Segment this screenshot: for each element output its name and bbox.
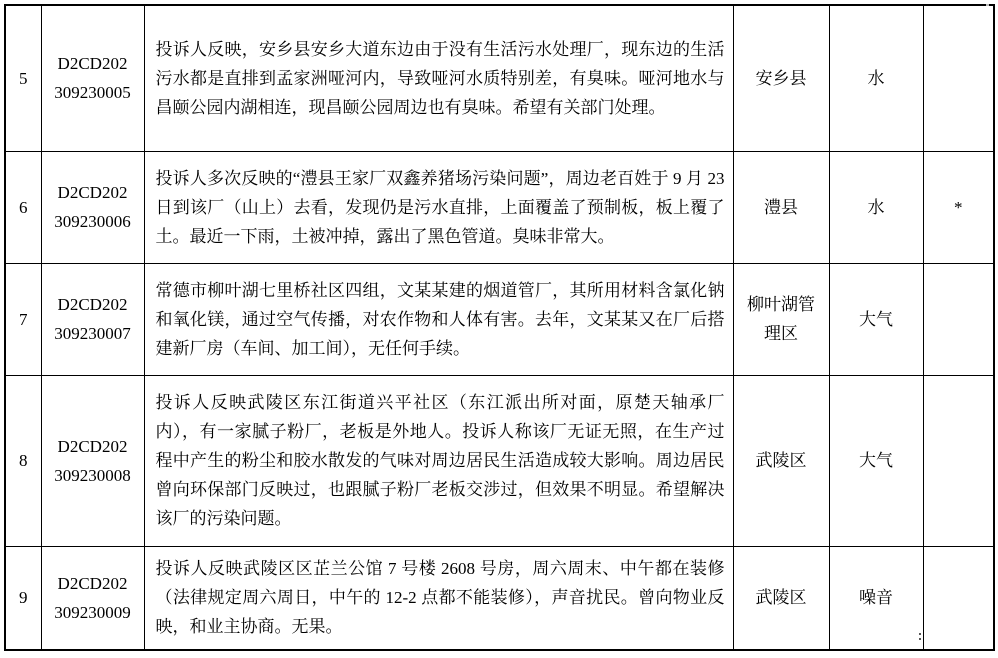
case-id-line-1: D2CD202	[46, 432, 140, 461]
category-cell: 大气	[829, 263, 923, 375]
case-id-cell: D2CD202 309230005	[41, 5, 144, 151]
case-id-line-2: 309230007	[46, 319, 140, 348]
row-number-cell: 8	[5, 375, 41, 546]
flag-cell	[923, 263, 994, 375]
case-id-line-2: 309230009	[46, 598, 140, 627]
complaint-content-cell: 投诉人多次反映的“澧县王家厂双鑫养猪场污染问题”，周边老百姓于 9 月 23 日…	[144, 151, 733, 263]
case-id-cell: D2CD202 309230007	[41, 263, 144, 375]
complaint-table: 5 D2CD202 309230005 投诉人反映，安乡县安乡大道东边由于没有生…	[4, 4, 995, 651]
scan-artifact-dots	[919, 633, 921, 635]
category-cell: 水	[829, 151, 923, 263]
scan-artifact-speck	[986, 4, 989, 6]
table-row: 5 D2CD202 309230005 投诉人反映，安乡县安乡大道东边由于没有生…	[5, 5, 994, 151]
category-cell: 噪音	[829, 546, 923, 650]
document-page: 5 D2CD202 309230005 投诉人反映，安乡县安乡大道东边由于没有生…	[0, 0, 998, 658]
case-id-line-1: D2CD202	[46, 569, 140, 598]
table-row: 9 D2CD202 309230009 投诉人反映武陵区区芷兰公馆 7 号楼 2…	[5, 546, 994, 650]
case-id-line-2: 309230005	[46, 78, 140, 107]
complaint-content-cell: 投诉人反映武陵区区芷兰公馆 7 号楼 2608 号房，周六周末、中午都在装修（法…	[144, 546, 733, 650]
flag-cell	[923, 375, 994, 546]
flag-cell	[923, 546, 994, 650]
row-number-cell: 6	[5, 151, 41, 263]
case-id-cell: D2CD202 309230006	[41, 151, 144, 263]
district-cell: 柳叶湖管理区	[733, 263, 829, 375]
case-id-cell: D2CD202 309230008	[41, 375, 144, 546]
case-id-line-1: D2CD202	[46, 49, 140, 78]
row-number-cell: 5	[5, 5, 41, 151]
category-cell: 水	[829, 5, 923, 151]
complaint-content-cell: 常德市柳叶湖七里桥社区四组，文某某建的烟道管厂，其所用材料含氯化钠和氧化镁，通过…	[144, 263, 733, 375]
case-id-line-1: D2CD202	[46, 290, 140, 319]
table-row: 7 D2CD202 309230007 常德市柳叶湖七里桥社区四组，文某某建的烟…	[5, 263, 994, 375]
district-cell: 武陵区	[733, 375, 829, 546]
category-cell: 大气	[829, 375, 923, 546]
case-id-line-1: D2CD202	[46, 178, 140, 207]
complaint-content-cell: 投诉人反映，安乡县安乡大道东边由于没有生活污水处理厂，现东边的生活污水都是直排到…	[144, 5, 733, 151]
district-cell: 安乡县	[733, 5, 829, 151]
table-row: 8 D2CD202 309230008 投诉人反映武陵区东江街道兴平社区（东江派…	[5, 375, 994, 546]
table-row: 6 D2CD202 309230006 投诉人多次反映的“澧县王家厂双鑫养猪场污…	[5, 151, 994, 263]
row-number-cell: 9	[5, 546, 41, 650]
case-id-cell: D2CD202 309230009	[41, 546, 144, 650]
flag-cell	[923, 5, 994, 151]
district-cell: 武陵区	[733, 546, 829, 650]
case-id-line-2: 309230008	[46, 461, 140, 490]
complaint-content-cell: 投诉人反映武陵区东江街道兴平社区（东江派出所对面，原楚天轴承厂内），有一家腻子粉…	[144, 375, 733, 546]
flag-cell: *	[923, 151, 994, 263]
district-cell: 澧县	[733, 151, 829, 263]
row-number-cell: 7	[5, 263, 41, 375]
case-id-line-2: 309230006	[46, 207, 140, 236]
